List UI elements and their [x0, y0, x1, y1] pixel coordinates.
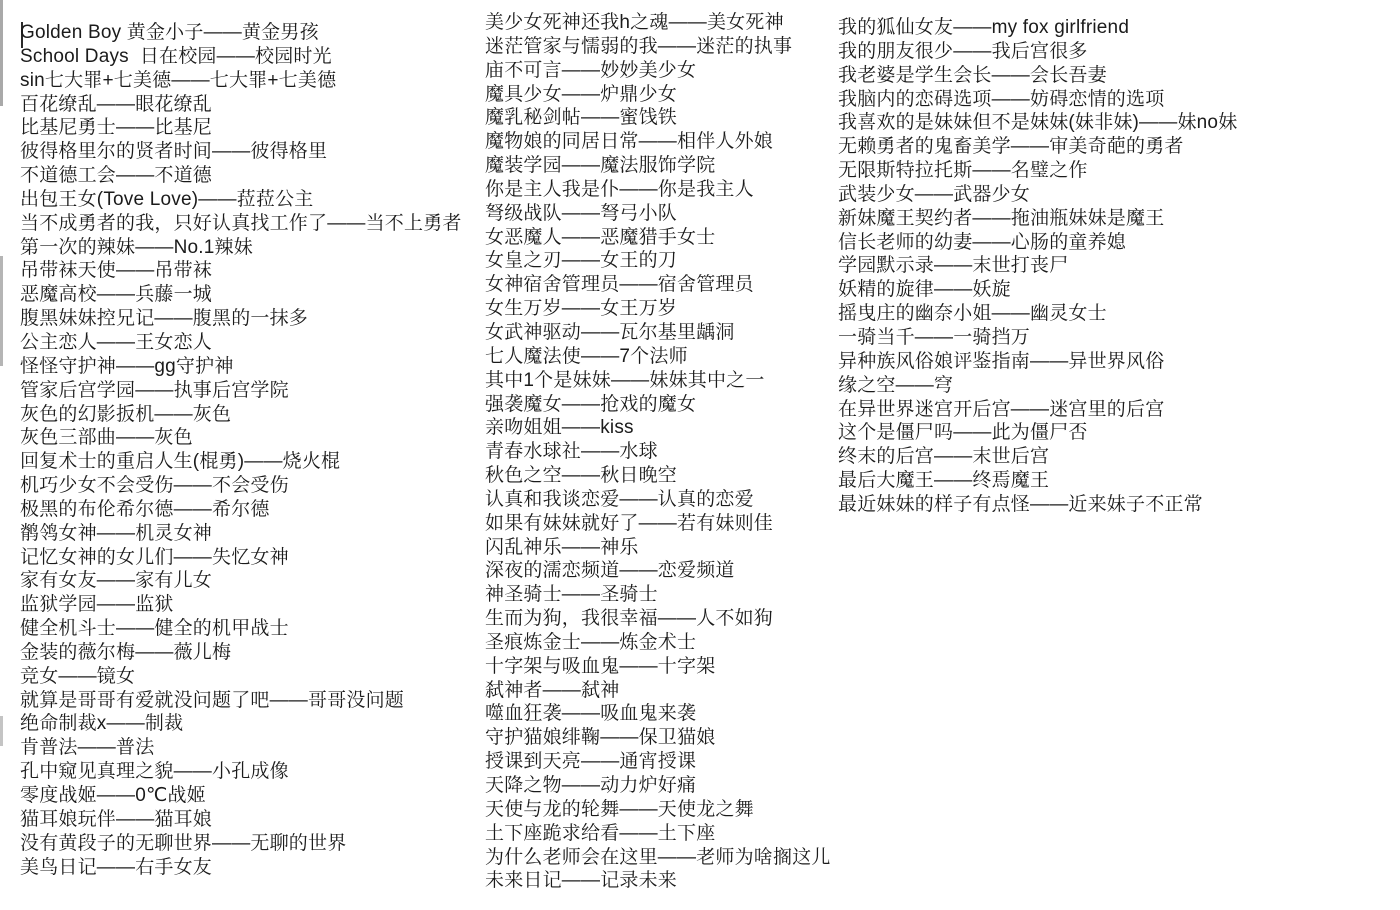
text-line: 魔乳秘剑帖——蜜饯铁	[485, 106, 831, 130]
text-line: 我的朋友很少——我后宫很多	[838, 40, 1237, 64]
text-line: 缘之空——穹	[838, 374, 1237, 398]
text-line: 七人魔法使——7个法师	[485, 345, 831, 369]
text-line: 机巧少女不会受伤——不会受伤	[20, 474, 462, 498]
text-line: 公主恋人——王女恋人	[20, 331, 462, 355]
text-line: 守护猫娘绯鞠——保卫猫娘	[485, 726, 831, 750]
text-document-page: Golden Boy 黄金小子——黄金男孩School Days 日在校园——校…	[0, 0, 1400, 910]
text-line: 弑神者——弑神	[485, 679, 831, 703]
text-line: 无限斯特拉托斯——名璧之作	[838, 159, 1237, 183]
text-line: 为什么老师会在这里——老师为啥搁这儿	[485, 846, 831, 870]
text-line: 吊带袜天使——吊带袜	[20, 259, 462, 283]
text-line: 授课到天亮——通宵授课	[485, 750, 831, 774]
text-line: 魔物娘的同居日常——相伴人外娘	[485, 130, 831, 154]
text-line: 我老婆是学生会长——会长吾妻	[838, 64, 1237, 88]
text-line: 恶魔高校——兵藤一城	[20, 283, 462, 307]
text-line: 管家后宫学园——执事后宫学院	[20, 379, 462, 403]
text-line: 如果有妹妹就好了——若有妹则佳	[485, 512, 831, 536]
text-line: 亲吻姐姐——kiss	[485, 416, 831, 440]
text-line: 噬血狂袭——吸血鬼来袭	[485, 702, 831, 726]
text-line: 最后大魔王——终焉魔王	[838, 469, 1237, 493]
text-line: 生而为狗，我很幸福——人不如狗	[485, 607, 831, 631]
text-line: 不道德工会——不道德	[20, 164, 462, 188]
text-line: 孔中窥见真理之貌——小孔成像	[20, 760, 462, 784]
text-line: 一骑当千——一骑挡万	[838, 326, 1237, 350]
text-line: 比基尼勇士——比基尼	[20, 116, 462, 140]
text-line: 终末的后宫——末世后宫	[838, 445, 1237, 469]
text-line: 这个是僵尸吗——此为僵尸否	[838, 421, 1237, 445]
text-line: 武装少女——武器少女	[838, 183, 1237, 207]
text-line: 肯普法——普法	[20, 736, 462, 760]
text-line: 信长老师的幼妻——心肠的童养媳	[838, 231, 1237, 255]
text-line: 最近妹妹的样子有点怪——近来妹子不正常	[838, 493, 1237, 517]
text-line: 竞女——镜女	[20, 665, 462, 689]
text-line: 弩级战队——弩弓小队	[485, 202, 831, 226]
text-line: 我脑内的恋碍选项——妨碍恋情的选项	[838, 88, 1237, 112]
text-line: 猫耳娘玩伴——猫耳娘	[20, 808, 462, 832]
text-line: 学园默示录——末世打丧尸	[838, 254, 1237, 278]
text-line: 女武神驱动——瓦尔基里龋洞	[485, 321, 831, 345]
text-column-1[interactable]: Golden Boy 黄金小子——黄金男孩School Days 日在校园——校…	[20, 21, 462, 879]
text-line: 怪怪守护神——gg守护神	[20, 355, 462, 379]
text-line: 腹黑妹妹控兄记——腹黑的一抹多	[20, 307, 462, 331]
text-line: 强袭魔女——抢戏的魔女	[485, 393, 831, 417]
text-line: 美少女死神还我h之魂——美女死神	[485, 11, 831, 35]
text-line: 家有女友——家有儿女	[20, 569, 462, 593]
text-line: 迷茫管家与懦弱的我——迷茫的执事	[485, 35, 831, 59]
text-line: 记忆女神的女儿们——失忆女神	[20, 546, 462, 570]
text-line: 女神宿舍管理员——宿舍管理员	[485, 273, 831, 297]
text-line: 第一次的辣妹——No.1辣妹	[20, 236, 462, 260]
text-line: 美鸟日记——右手女友	[20, 856, 462, 880]
text-line: 我喜欢的是妹妹但不是妹妹(妹非妹)——妹no妹	[838, 111, 1237, 135]
text-line: 女皇之刃——女王的刀	[485, 249, 831, 273]
text-line: 圣痕炼金士——炼金术士	[485, 631, 831, 655]
text-line: 出包王女(Tove Love)——菈菈公主	[20, 188, 462, 212]
text-line: 魔装学园——魔法服饰学院	[485, 154, 831, 178]
text-line: 灰色的幻影扳机——灰色	[20, 403, 462, 427]
text-line: 妖精的旋律——妖旋	[838, 278, 1237, 302]
text-line: 监狱学园——监狱	[20, 593, 462, 617]
text-line: 彼得格里尔的贤者时间——彼得格里	[20, 140, 462, 164]
text-line: sin七大罪+七美德——七大罪+七美德	[20, 69, 462, 93]
text-line: 就算是哥哥有爱就没问题了吧——哥哥没问题	[20, 689, 462, 713]
text-line: 十字架与吸血鬼——十字架	[485, 655, 831, 679]
text-line: 我的狐仙女友——my fox girlfriend	[838, 16, 1237, 40]
text-column-3[interactable]: 我的狐仙女友——my fox girlfriend我的朋友很少——我后宫很多我老…	[838, 16, 1237, 517]
window-edge-line-bottom	[0, 716, 3, 746]
text-line: 其中1个是妹妹——妹妹其中之一	[485, 369, 831, 393]
text-line: 土下座跪求给看——土下座	[485, 822, 831, 846]
text-line: 金装的薇尔梅——薇儿梅	[20, 641, 462, 665]
text-line: 在异世界迷宫开后宫——迷宫里的后宫	[838, 398, 1237, 422]
text-line: 女恶魔人——恶魔猎手女士	[485, 226, 831, 250]
text-line: 秋色之空——秋日晚空	[485, 464, 831, 488]
text-line: 女生万岁——女王万岁	[485, 297, 831, 321]
text-line: 魔具少女——炉鼎少女	[485, 83, 831, 107]
text-line: 百花缭乱——眼花缭乱	[20, 93, 462, 117]
text-line: 认真和我谈恋爱——认真的恋爱	[485, 488, 831, 512]
text-line: 你是主人我是仆——你是我主人	[485, 178, 831, 202]
text-line: 灰色三部曲——灰色	[20, 426, 462, 450]
text-line: 闪乱神乐——神乐	[485, 536, 831, 560]
text-line: 深夜的濡恋频道——恋爱频道	[485, 559, 831, 583]
text-line: 天使与龙的轮舞——天使龙之舞	[485, 798, 831, 822]
text-line: 新妹魔王契约者——拖油瓶妹妹是魔王	[838, 207, 1237, 231]
text-line: 健全机斗士——健全的机甲战士	[20, 617, 462, 641]
text-line: 庙不可言——妙妙美少女	[485, 59, 831, 83]
window-edge-line-top	[0, 0, 3, 106]
text-line: Golden Boy 黄金小子——黄金男孩	[20, 21, 462, 45]
text-column-2[interactable]: 美少女死神还我h之魂——美女死神迷茫管家与懦弱的我——迷茫的执事庙不可言——妙妙…	[485, 11, 831, 893]
text-line: 无赖勇者的鬼畜美学——审美奇葩的勇者	[838, 135, 1237, 159]
text-line: 零度战姬——0℃战姬	[20, 784, 462, 808]
text-line: 天降之物——动力炉好痛	[485, 774, 831, 798]
text-line: 没有黄段子的无聊世界——无聊的世界	[20, 832, 462, 856]
text-line: 神圣骑士——圣骑士	[485, 583, 831, 607]
text-line: School Days 日在校园——校园时光	[20, 45, 462, 69]
text-line: 未来日记——记录未来	[485, 869, 831, 893]
text-line: 当不成勇者的我，只好认真找工作了——当不上勇者	[20, 212, 462, 236]
window-edge-line-middle	[0, 256, 3, 366]
text-line: 青春水球社——水球	[485, 440, 831, 464]
text-line: 极黑的布伦希尔德——希尔德	[20, 498, 462, 522]
text-line: 摇曳庄的幽奈小姐——幽灵女士	[838, 302, 1237, 326]
text-line: 异种族风俗娘评鉴指南——异世界风俗	[838, 350, 1237, 374]
text-line: 鹡鸰女神——机灵女神	[20, 522, 462, 546]
text-line: 绝命制裁x——制裁	[20, 712, 462, 736]
text-line: 回复术士的重启人生(棍勇)——烧火棍	[20, 450, 462, 474]
